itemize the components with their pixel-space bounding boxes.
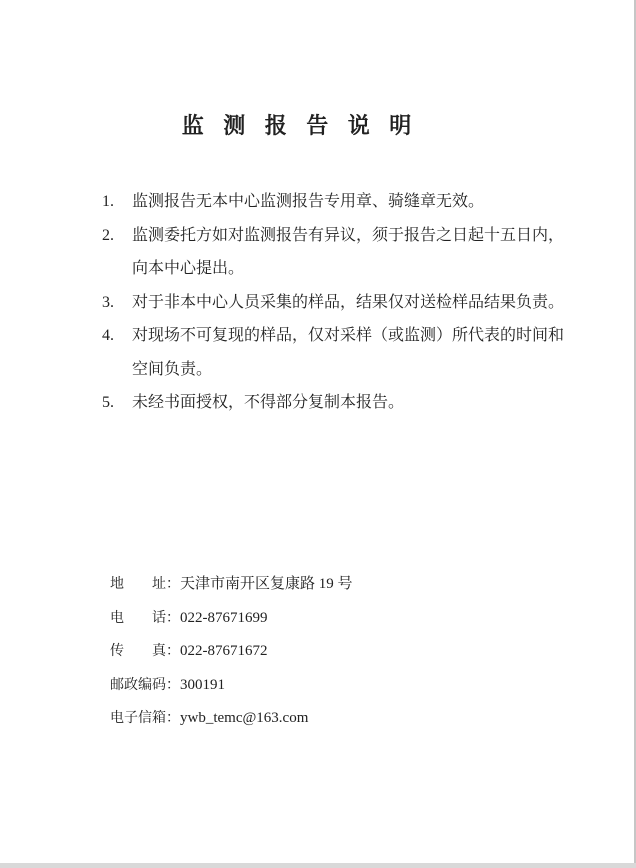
contact-label: 电子信箱： [110,703,180,736]
note-number: 3. [102,286,114,320]
note-text: 未经书面授权，不得部分复制本报告。 [132,386,602,420]
page-edge-bottom [0,863,636,868]
note-number: 4. [102,319,114,353]
note-item-1: 1. 监测报告无本中心监测报告专用章、骑缝章无效。 [102,185,602,219]
contact-row-fax: 传 真：022-87671672 [110,635,353,669]
note-item-5: 5. 未经书面授权，不得部分复制本报告。 [102,386,602,420]
contact-label: 邮政编码： [110,670,180,703]
note-number: 5. [102,386,114,420]
note-text: 对现场不可复现的样品，仅对采样（或监测）所代表的时间和 [132,319,602,353]
note-text: 空间负责。 [132,353,602,387]
contact-value: 300191 [180,677,225,693]
contact-label: 传 真： [110,636,180,669]
contact-row-address: 地 址：天津市南开区复康路 19 号 [110,568,353,602]
note-text: 向本中心提出。 [132,252,602,286]
contact-row-phone: 电 话：022-87671699 [110,602,353,636]
contact-block: 地 址：天津市南开区复康路 19 号 电 话：022-87671699 传 真：… [110,568,353,736]
contact-value: 022-87671672 [180,643,268,659]
note-item-2: 2. 监测委托方如对监测报告有异议，须于报告之日起十五日内， 向本中心提出。 [102,219,602,286]
notes-list: 1. 监测报告无本中心监测报告专用章、骑缝章无效。 2. 监测委托方如对监测报告… [102,185,602,420]
contact-value: ywb_temc@163.com [180,710,308,726]
report-notes-page: 监 测 报 告 说 明 1. 监测报告无本中心监测报告专用章、骑缝章无效。 2.… [0,0,636,868]
note-number: 1. [102,185,114,219]
note-number: 2. [102,219,114,253]
page-title: 监 测 报 告 说 明 [0,113,636,139]
contact-row-postcode: 邮政编码：300191 [110,669,353,703]
contact-value: 天津市南开区复康路 19 号 [180,576,353,592]
note-text: 监测报告无本中心监测报告专用章、骑缝章无效。 [132,185,602,219]
note-item-4: 4. 对现场不可复现的样品，仅对采样（或监测）所代表的时间和 空间负责。 [102,319,602,386]
note-text: 对于非本中心人员采集的样品，结果仅对送检样品结果负责。 [132,286,602,320]
contact-row-email: 电子信箱：ywb_temc@163.com [110,702,353,736]
note-item-3: 3. 对于非本中心人员采集的样品，结果仅对送检样品结果负责。 [102,286,602,320]
contact-value: 022-87671699 [180,610,268,626]
contact-label: 地 址： [110,569,180,602]
note-text: 监测委托方如对监测报告有异议，须于报告之日起十五日内， [132,219,602,253]
contact-label: 电 话： [110,603,180,636]
